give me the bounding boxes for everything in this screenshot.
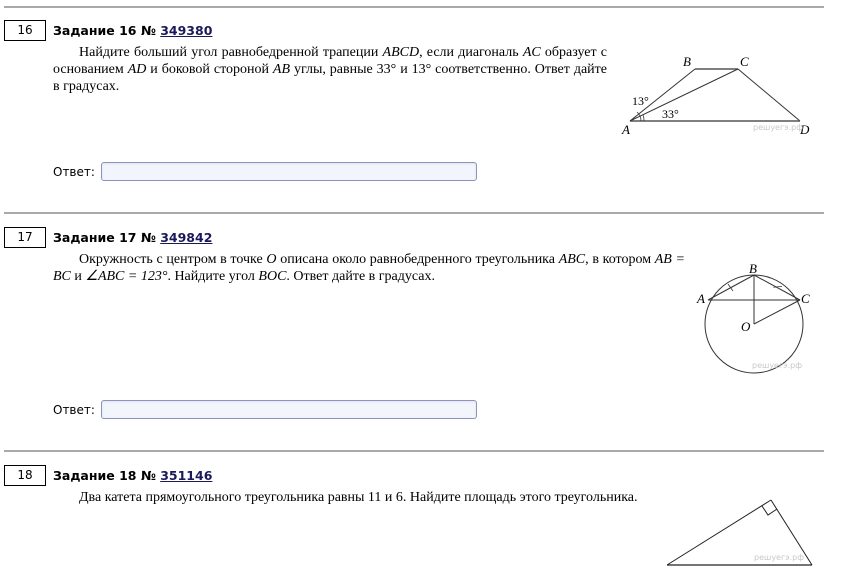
text-fragment: Окружность с центром в точке <box>79 252 266 267</box>
answer-input[interactable] <box>101 400 477 419</box>
angle-label-large: 33° <box>662 107 679 121</box>
text-fragment: , если диагональ <box>419 45 523 60</box>
task-text: Окружность с центром в точке O описана о… <box>53 251 685 285</box>
label-c: C <box>740 54 749 69</box>
text-fragment: . Найдите угол <box>167 269 258 284</box>
math-var: ABCD <box>383 45 420 60</box>
circle-triangle-figure: B A C O решуегэ.рф <box>690 258 820 378</box>
task-number-badge: 18 <box>4 465 46 486</box>
math-var: BOC <box>258 269 286 284</box>
task-title: Задание 18 № 351146 <box>53 468 212 483</box>
math-var: AC <box>523 45 541 60</box>
math-var: AD <box>128 62 147 77</box>
answer-input[interactable] <box>101 162 477 181</box>
task-id-link[interactable]: 349380 <box>160 23 212 38</box>
trapezoid-figure: B C A D 13° 33° решуегэ.рф <box>615 50 815 142</box>
answer-label: Ответ: <box>53 165 95 179</box>
text-fragment: и <box>71 269 86 284</box>
task-id-link[interactable]: 351146 <box>160 468 212 483</box>
answer-row: Ответ: <box>53 400 477 419</box>
text-fragment: , в котором <box>585 252 655 267</box>
right-triangle-figure: решуегэ.рф <box>660 495 820 575</box>
watermark: решуегэ.рф <box>753 123 803 132</box>
task-title: Задание 17 № 349842 <box>53 230 212 245</box>
label-c: C <box>801 291 810 306</box>
task-text: Два катета прямоугольного треугольника р… <box>53 489 655 506</box>
task-title-prefix: Задание 17 № <box>53 230 156 245</box>
label-b: B <box>683 54 691 69</box>
text-fragment: описана около равнобедренного треугольни… <box>277 252 559 267</box>
math-var: ABC <box>559 252 585 267</box>
math-var: O <box>266 252 276 267</box>
separator <box>4 212 824 214</box>
answer-label: Ответ: <box>53 403 95 417</box>
text-fragment: и боковой стороной <box>146 62 273 77</box>
text-fragment: Найдите больший угол равнобедренной трап… <box>79 45 383 60</box>
label-o: O <box>741 319 751 334</box>
separator <box>4 6 824 8</box>
separator <box>4 450 824 452</box>
label-a: A <box>696 291 705 306</box>
task-id-link[interactable]: 349842 <box>160 230 212 245</box>
label-b: B <box>749 261 757 276</box>
watermark: решуегэ.рф <box>752 361 802 370</box>
math-var: AB <box>273 62 290 77</box>
text-fragment: . Ответ дайте в градусах. <box>286 269 435 284</box>
math-var: ∠ABC = 123° <box>85 269 167 284</box>
answer-row: Ответ: <box>53 162 477 181</box>
watermark: решуегэ.рф <box>754 553 804 562</box>
task-text: Найдите больший угол равнобедренной трап… <box>53 44 607 95</box>
task-title: Задание 16 № 349380 <box>53 23 212 38</box>
label-a: A <box>621 122 630 137</box>
task-title-prefix: Задание 16 № <box>53 23 156 38</box>
task-title-prefix: Задание 18 № <box>53 468 156 483</box>
task-number-badge: 17 <box>4 227 46 248</box>
angle-label-small: 13° <box>632 94 649 108</box>
task-number-badge: 16 <box>4 20 46 41</box>
